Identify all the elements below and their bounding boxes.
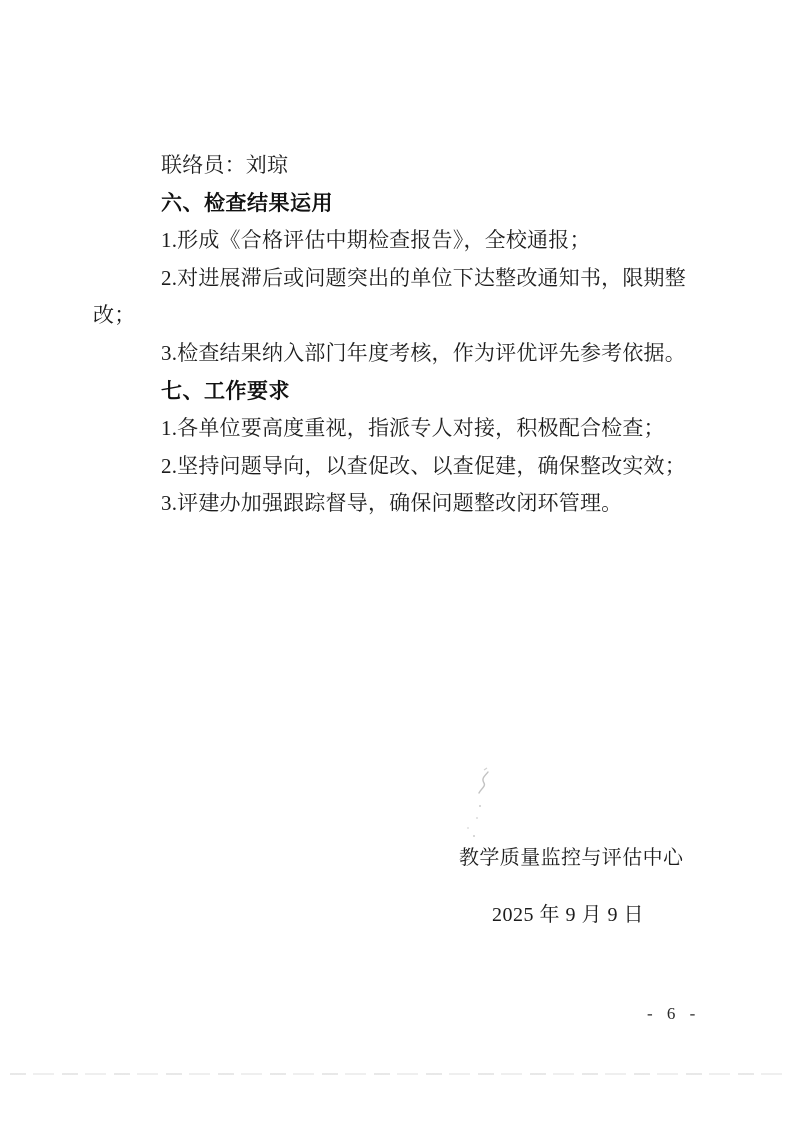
scanned-document-page: 联络员：刘琼 六、检查结果运用 1.形成《合格评估中期检查报告》，全校通报； 2…	[0, 0, 793, 1122]
scan-artifact-line	[10, 1073, 785, 1075]
paragraph-line: 1.形成《合格评估中期检查报告》，全校通报；	[161, 222, 683, 260]
page-number: - 6 -	[647, 1004, 700, 1024]
section-heading-six: 六、检查结果运用	[161, 185, 683, 223]
paragraph-line: 3.检查结果纳入部门年度考核，作为评优评先参考依据。	[161, 335, 683, 373]
paragraph-line: 3.评建办加强跟踪督导，确保问题整改闭环管理。	[161, 485, 683, 523]
section-heading-seven: 七、工作要求	[161, 373, 683, 411]
document-body: 联络员：刘琼 六、检查结果运用 1.形成《合格评估中期检查报告》，全校通报； 2…	[93, 147, 683, 523]
pen-smudge-mark	[450, 766, 510, 844]
paragraph-line: 1.各单位要高度重视，指派专人对接，积极配合检查；	[161, 410, 683, 448]
signature-organization: 教学质量监控与评估中心	[459, 841, 683, 870]
contact-line: 联络员：刘琼	[161, 147, 683, 185]
signature-date: 2025 年 9 月 9 日	[492, 898, 644, 927]
paragraph-line: 2.对进展滞后或问题突出的单位下达整改通知书，限期整	[161, 260, 683, 298]
paragraph-line-wrap: 改；	[93, 297, 683, 335]
paragraph-line: 2.坚持问题导向，以查促改、以查促建，确保整改实效；	[161, 448, 683, 486]
